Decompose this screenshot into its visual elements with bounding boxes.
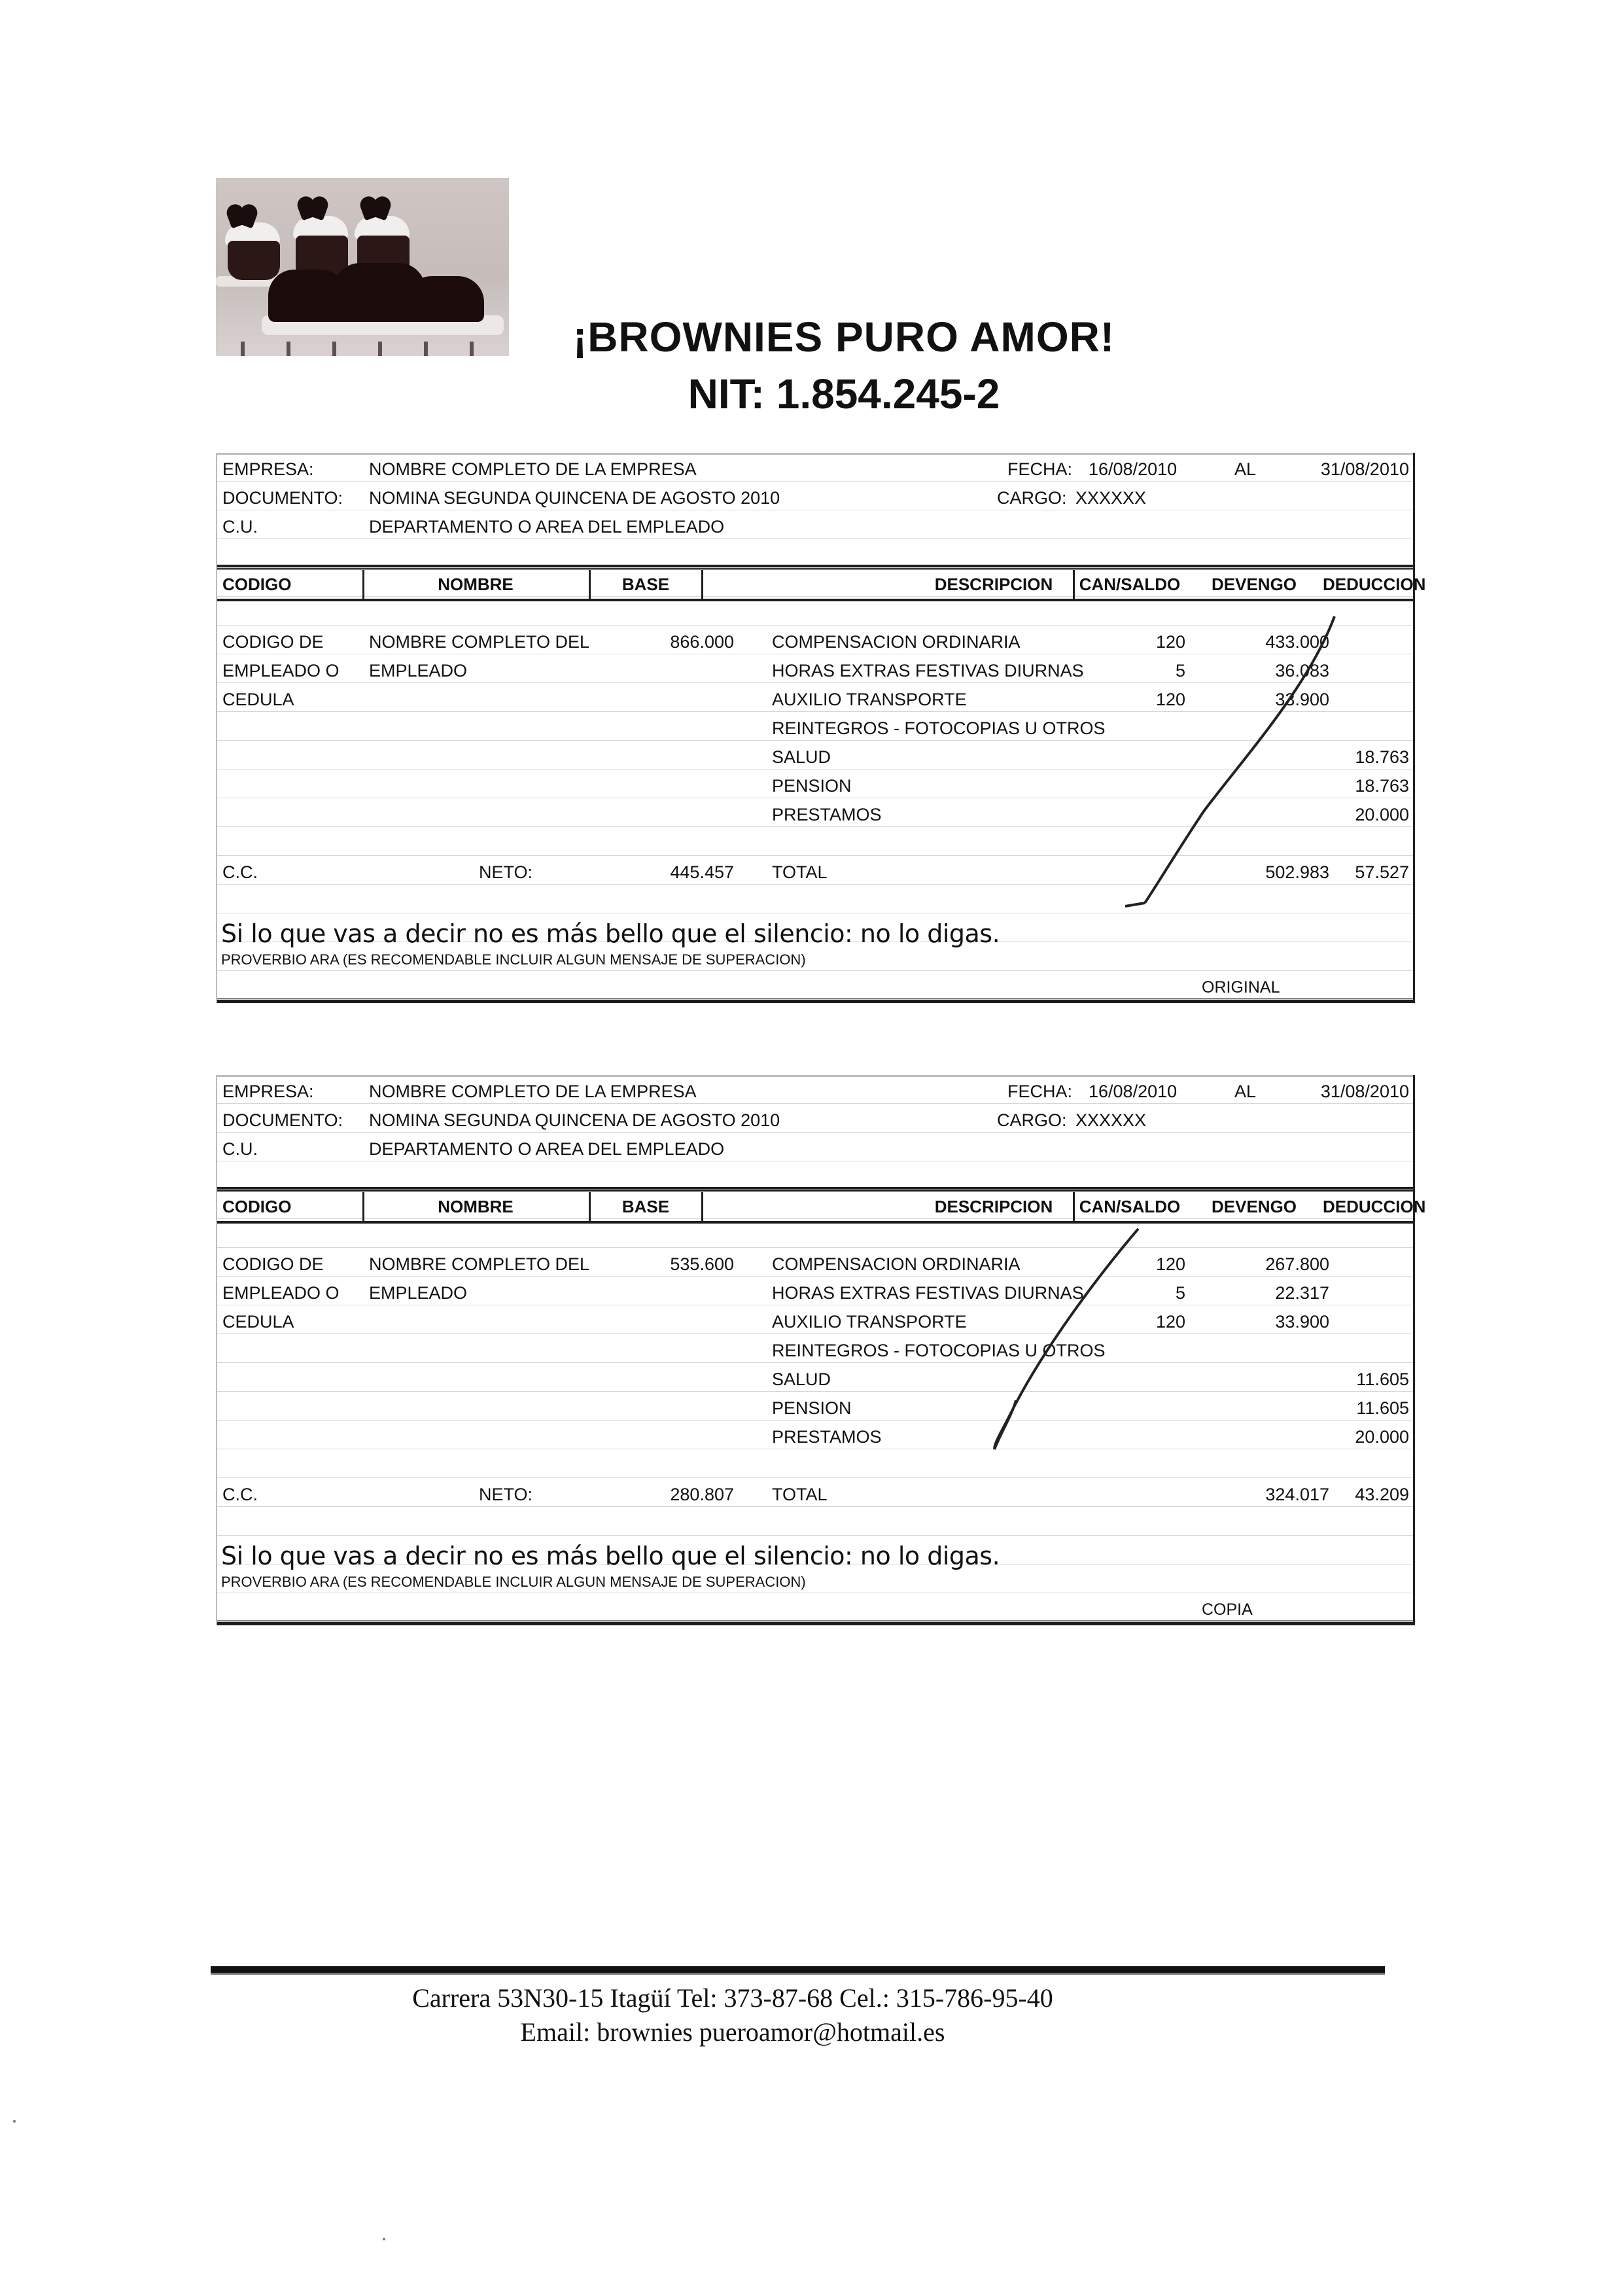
heart-icon <box>298 196 328 219</box>
line-items: CODIGO DENOMBRE COMPLETO DEL866.000COMPE… <box>217 627 1413 829</box>
descripcion-cell: REINTEGROS - FOTOCOPIAS U OTROS <box>772 1336 1106 1365</box>
nombre-cell: NOMBRE COMPLETO DEL <box>369 627 589 656</box>
footer-email: Email: brownies pueroamor@hotmail.es <box>209 2017 1256 2047</box>
total-devengo: 502.983 <box>1198 858 1329 887</box>
cu-row: C.U. DEPARTAMENTO O AREA DEL EMPLEADO <box>217 512 1413 541</box>
nombre-cell: EMPLEADO <box>369 656 467 685</box>
cargo-value: XXXXXX <box>1075 484 1146 512</box>
empresa-row: EMPRESA: NOMBRE COMPLETO DE LA EMPRESA F… <box>217 1077 1413 1106</box>
column-divider <box>589 1192 591 1221</box>
line-item-row: PENSION18.763 <box>217 771 1413 800</box>
header-top-rule <box>217 1187 1413 1192</box>
copy-label: ORIGINAL <box>1202 972 1280 1003</box>
totals-row: C.C. NETO: 280.807 TOTAL 324.017 43.209 <box>217 1480 1413 1509</box>
empresa-label: EMPRESA: <box>222 1077 314 1106</box>
deduccion-cell: 20.000 <box>1329 800 1409 829</box>
company-title: ¡BROWNIES PURO AMOR! <box>366 313 1321 361</box>
col-codigo: CODIGO <box>222 570 291 599</box>
column-divider <box>701 570 703 599</box>
can-saldo-cell: 120 <box>1068 1307 1185 1336</box>
quote-note-row: PROVERBIO ARA (ES RECOMENDABLE INCLUIR A… <box>217 948 1413 972</box>
line-item-row: PENSION11.605 <box>217 1394 1413 1422</box>
fecha-label: FECHA: <box>1007 455 1072 484</box>
neto-label: NETO: <box>479 1480 532 1509</box>
can-saldo-cell: 5 <box>1068 1279 1185 1307</box>
column-divider <box>701 1192 703 1221</box>
line-item-row: CEDULAAUXILIO TRANSPORTE12033.900 <box>217 685 1413 714</box>
descripcion-cell: PENSION <box>772 1394 852 1422</box>
column-divider <box>1073 1192 1075 1221</box>
col-codigo: CODIGO <box>222 1192 291 1221</box>
descripcion-cell: SALUD <box>772 1365 831 1394</box>
descripcion-cell: HORAS EXTRAS FESTIVAS DIURNAS <box>772 1279 1084 1307</box>
column-divider <box>1073 570 1075 599</box>
fecha-hasta: 31/08/2010 <box>1297 455 1409 484</box>
scan-speck <box>383 2238 385 2240</box>
quote-note: PROVERBIO ARA (ES RECOMENDABLE INCLUIR A… <box>221 1570 806 1594</box>
line-item-row: EMPLEADO OEMPLEADOHORAS EXTRAS FESTIVAS … <box>217 656 1413 685</box>
payslip-original: EMPRESA: NOMBRE COMPLETO DE LA EMPRESA F… <box>216 453 1415 1003</box>
descripcion-cell: PRESTAMOS <box>772 800 882 829</box>
fecha-desde: 16/08/2010 <box>1089 455 1177 484</box>
quote-note: PROVERBIO ARA (ES RECOMENDABLE INCLUIR A… <box>221 948 806 972</box>
scan-speck <box>13 2120 16 2123</box>
cargo-label: CARGO: <box>997 1106 1067 1135</box>
total-label: TOTAL <box>772 858 828 887</box>
line-item-row: PRESTAMOS20.000 <box>217 1422 1413 1451</box>
col-base: BASE <box>590 1192 701 1221</box>
spacer-row <box>217 887 1413 915</box>
descripcion-cell: AUXILIO TRANSPORTE <box>772 685 967 714</box>
total-deduccion: 57.527 <box>1329 858 1409 887</box>
nombre-cell: NOMBRE COMPLETO DEL <box>369 1250 589 1279</box>
documento-value: NOMINA SEGUNDA QUINCENA DE AGOSTO 2010 <box>369 484 780 512</box>
can-saldo-cell: 120 <box>1068 685 1185 714</box>
empresa-label: EMPRESA: <box>222 455 314 484</box>
column-divider <box>589 570 591 599</box>
documento-row: DOCUMENTO: NOMINA SEGUNDA QUINCENA DE AG… <box>217 484 1413 512</box>
spacer-row <box>217 829 1413 858</box>
spacer-row <box>217 601 1413 627</box>
total-devengo: 324.017 <box>1198 1480 1329 1509</box>
descripcion-cell: SALUD <box>772 743 831 771</box>
quote-row: Si lo que vas a decir no es más bello qu… <box>217 1538 1413 1570</box>
col-deduccion: DEDUCCION <box>1323 1192 1411 1221</box>
devengo-cell: 433.000 <box>1198 627 1329 656</box>
al-label: AL <box>1234 455 1256 484</box>
descripcion-cell: HORAS EXTRAS FESTIVAS DIURNAS <box>772 656 1084 685</box>
cupcake-shape <box>228 241 280 280</box>
cu-row: C.U. DEPARTAMENTO O AREA DEL EMPLEADO <box>217 1135 1413 1163</box>
empresa-value: NOMBRE COMPLETO DE LA EMPRESA <box>369 1077 697 1106</box>
line-item-row: CODIGO DENOMBRE COMPLETO DEL866.000COMPE… <box>217 627 1413 656</box>
codigo-cell: CEDULA <box>222 685 294 714</box>
col-base: BASE <box>590 570 701 599</box>
company-nit: NIT: 1.854.245-2 <box>366 370 1321 418</box>
copy-label: COPIA <box>1202 1594 1253 1625</box>
total-label: TOTAL <box>772 1480 828 1509</box>
motivational-quote: Si lo que vas a decir no es más bello qu… <box>221 915 1000 952</box>
line-items: CODIGO DENOMBRE COMPLETO DEL535.600COMPE… <box>217 1250 1413 1451</box>
spacer-row <box>217 1451 1413 1480</box>
fecha-desde: 16/08/2010 <box>1089 1077 1177 1106</box>
cu-label: C.U. <box>222 1135 258 1163</box>
deduccion-cell: 11.605 <box>1329 1365 1409 1394</box>
payslip-copy: EMPRESA: NOMBRE COMPLETO DE LA EMPRESA F… <box>216 1075 1415 1625</box>
copy-label-row: ORIGINAL <box>217 972 1413 998</box>
descripcion-cell: AUXILIO TRANSPORTE <box>772 1307 967 1336</box>
line-item-row: EMPLEADO OEMPLEADOHORAS EXTRAS FESTIVAS … <box>217 1279 1413 1307</box>
totals-row: C.C. NETO: 445.457 TOTAL 502.983 57.527 <box>217 858 1413 887</box>
col-nombre: NOMBRE <box>362 570 589 599</box>
cargo-value: XXXXXX <box>1075 1106 1146 1135</box>
line-item-row: SALUD11.605 <box>217 1365 1413 1394</box>
can-saldo-cell: 5 <box>1068 656 1185 685</box>
cargo-label: CARGO: <box>997 484 1067 512</box>
col-nombre: NOMBRE <box>362 1192 589 1221</box>
column-divider <box>362 570 364 599</box>
quote-note-row: PROVERBIO ARA (ES RECOMENDABLE INCLUIR A… <box>217 1570 1413 1594</box>
documento-value: NOMINA SEGUNDA QUINCENA DE AGOSTO 2010 <box>369 1106 780 1135</box>
column-header-row: CODIGO NOMBRE BASE DESCRIPCION CAN/SALDO… <box>217 1192 1413 1224</box>
deduccion-cell: 18.763 <box>1329 771 1409 800</box>
devengo-cell: 33.900 <box>1198 1307 1329 1336</box>
empresa-row: EMPRESA: NOMBRE COMPLETO DE LA EMPRESA F… <box>217 455 1413 484</box>
line-item-row: PRESTAMOS20.000 <box>217 800 1413 829</box>
column-header-row: CODIGO NOMBRE BASE DESCRIPCION CAN/SALDO… <box>217 570 1413 601</box>
copy-label-row: COPIA <box>217 1594 1413 1620</box>
codigo-cell: CODIGO DE <box>222 1250 324 1279</box>
line-item-row: REINTEGROS - FOTOCOPIAS U OTROS <box>217 1336 1413 1365</box>
deduccion-cell: 11.605 <box>1329 1394 1409 1422</box>
deduccion-cell: 20.000 <box>1329 1422 1409 1451</box>
can-saldo-cell: 120 <box>1068 627 1185 656</box>
documento-row: DOCUMENTO: NOMINA SEGUNDA QUINCENA DE AG… <box>217 1106 1413 1135</box>
codigo-cell: EMPLEADO O <box>222 656 340 685</box>
spacer-row <box>217 1163 1413 1187</box>
cu-value: DEPARTAMENTO O AREA DEL EMPLEADO <box>369 1135 724 1163</box>
codigo-cell: EMPLEADO O <box>222 1279 340 1307</box>
spacer-row <box>217 541 1413 565</box>
devengo-cell: 36.083 <box>1198 656 1329 685</box>
can-saldo-cell: 120 <box>1068 1250 1185 1279</box>
base-cell: 535.600 <box>629 1250 734 1279</box>
col-deduccion: DEDUCCION <box>1323 570 1411 599</box>
col-devengo: DEVENGO <box>1192 570 1316 599</box>
col-devengo: DEVENGO <box>1192 1192 1316 1221</box>
total-deduccion: 43.209 <box>1329 1480 1409 1509</box>
spacer-row <box>217 1224 1413 1250</box>
al-label: AL <box>1234 1077 1256 1106</box>
descripcion-cell: COMPENSACION ORDINARIA <box>772 627 1021 656</box>
header-top-rule <box>217 565 1413 570</box>
devengo-cell: 22.317 <box>1198 1279 1329 1307</box>
devengo-cell: 267.800 <box>1198 1250 1329 1279</box>
descripcion-cell: REINTEGROS - FOTOCOPIAS U OTROS <box>772 714 1106 743</box>
documento-label: DOCUMENTO: <box>222 1106 343 1135</box>
column-divider <box>362 1192 364 1221</box>
descripcion-cell: PENSION <box>772 771 852 800</box>
documento-label: DOCUMENTO: <box>222 484 343 512</box>
footer-rule <box>211 1966 1385 1975</box>
quote-row: Si lo que vas a decir no es más bello qu… <box>217 915 1413 948</box>
nombre-cell: EMPLEADO <box>369 1279 467 1307</box>
neto-label: NETO: <box>479 858 532 887</box>
heart-icon <box>361 196 391 219</box>
neto-value: 445.457 <box>629 858 734 887</box>
neto-value: 280.807 <box>629 1480 734 1509</box>
cu-value: DEPARTAMENTO O AREA DEL EMPLEADO <box>369 512 724 541</box>
cc-label: C.C. <box>222 1480 258 1509</box>
line-item-row: SALUD18.763 <box>217 743 1413 771</box>
footer-address: Carrera 53N30-15 Itagüí Tel: 373-87-68 C… <box>209 1983 1256 2013</box>
col-can-saldo: CAN/SALDO <box>1074 1192 1185 1221</box>
line-item-row: REINTEGROS - FOTOCOPIAS U OTROS <box>217 714 1413 743</box>
descripcion-cell: COMPENSACION ORDINARIA <box>772 1250 1021 1279</box>
fecha-hasta: 31/08/2010 <box>1297 1077 1409 1106</box>
devengo-cell: 33.900 <box>1198 685 1329 714</box>
codigo-cell: CEDULA <box>222 1307 294 1336</box>
cu-label: C.U. <box>222 512 258 541</box>
line-item-row: CODIGO DENOMBRE COMPLETO DEL535.600COMPE… <box>217 1250 1413 1279</box>
spacer-row <box>217 1509 1413 1538</box>
base-cell: 866.000 <box>629 627 734 656</box>
descripcion-cell: PRESTAMOS <box>772 1422 882 1451</box>
motivational-quote: Si lo que vas a decir no es más bello qu… <box>221 1538 1000 1574</box>
codigo-cell: CODIGO DE <box>222 627 324 656</box>
heart-icon <box>228 204 258 226</box>
line-item-row: CEDULAAUXILIO TRANSPORTE12033.900 <box>217 1307 1413 1336</box>
col-can-saldo: CAN/SALDO <box>1074 570 1185 599</box>
cc-label: C.C. <box>222 858 258 887</box>
deduccion-cell: 18.763 <box>1329 743 1409 771</box>
fecha-label: FECHA: <box>1007 1077 1072 1106</box>
empresa-value: NOMBRE COMPLETO DE LA EMPRESA <box>369 455 697 484</box>
